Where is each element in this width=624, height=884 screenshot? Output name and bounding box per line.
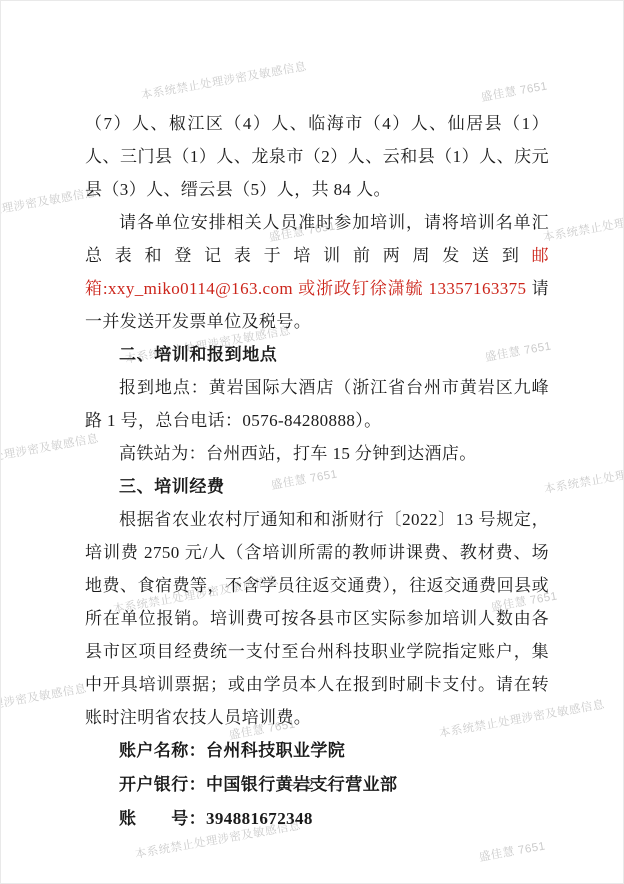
paragraph: 请各单位安排相关人员准时参加培训，请将培训名单汇总表和登记表于培训前两周发送到邮… [85, 206, 549, 338]
text-segment: 报到地点：黄岩国际大酒店（浙江省台州市黄岩区九峰路 1 号，总台电话：0576-… [85, 378, 549, 430]
text-segment: 二、培训和报到地点 [119, 345, 277, 364]
text-segment: 账户名称：台州科技职业学院 [119, 741, 345, 760]
watermark-text: 本系统禁止处理涉密及敏感信息 [542, 200, 624, 245]
paragraph: 根据省农业农村厅通知和和浙财行〔2022〕13 号规定，培训费 2750 元/人… [85, 503, 549, 734]
section-heading: 二、培训和报到地点 [85, 338, 549, 371]
page-number: — 2 — [1, 777, 623, 794]
text-segment: 高铁站为：台州西站，打车 15 分钟到达酒店。 [119, 444, 477, 463]
text-segment: 三、培训经费 [119, 477, 225, 496]
account-line: 账户名称：台州科技职业学院 [85, 734, 549, 768]
text-segment: 根据省农业农村厅通知和和浙财行〔2022〕13 号规定，培训费 2750 元/人… [85, 510, 549, 727]
watermark-text: 本系统禁止处理涉密及敏感信息 [0, 680, 88, 725]
text-segment: （7）人、椒江区（4）人、临海市（4）人、仙居县（1）人、三门县（1）人、龙泉市… [85, 114, 549, 199]
watermark-text: 盛佳慧 7651 [480, 77, 549, 104]
document-body: （7）人、椒江区（4）人、临海市（4）人、仙居县（1）人、三门县（1）人、龙泉市… [85, 107, 549, 836]
text-segment: 请各单位安排相关人员准时参加培训，请将培训名单汇总表和登记表于培训前两周发送到 [85, 213, 549, 265]
paragraph: （7）人、椒江区（4）人、临海市（4）人、仙居县（1）人、三门县（1）人、龙泉市… [85, 107, 549, 206]
paragraph: 高铁站为：台州西站，打车 15 分钟到达酒店。 [85, 437, 549, 470]
watermark-text: 本系统禁止处理涉密及敏感信息 [140, 58, 308, 103]
account-line: 账 号：394881672348 [85, 802, 549, 836]
watermark-text: 本系统禁止处理涉密及敏感信息 [543, 452, 624, 497]
paragraph: 报到地点：黄岩国际大酒店（浙江省台州市黄岩区九峰路 1 号，总台电话：0576-… [85, 371, 549, 437]
watermark-text: 本系统禁止处理涉密及敏感信息 [0, 184, 98, 229]
section-heading: 三、培训经费 [85, 470, 549, 503]
text-segment: 账 号：394881672348 [119, 809, 313, 828]
document-page: 本系统禁止处理涉密及敏感信息盛佳慧 7651本系统禁止处理涉密及敏感信息盛佳慧 … [0, 0, 624, 884]
watermark-text: 盛佳慧 7651 [478, 837, 547, 864]
